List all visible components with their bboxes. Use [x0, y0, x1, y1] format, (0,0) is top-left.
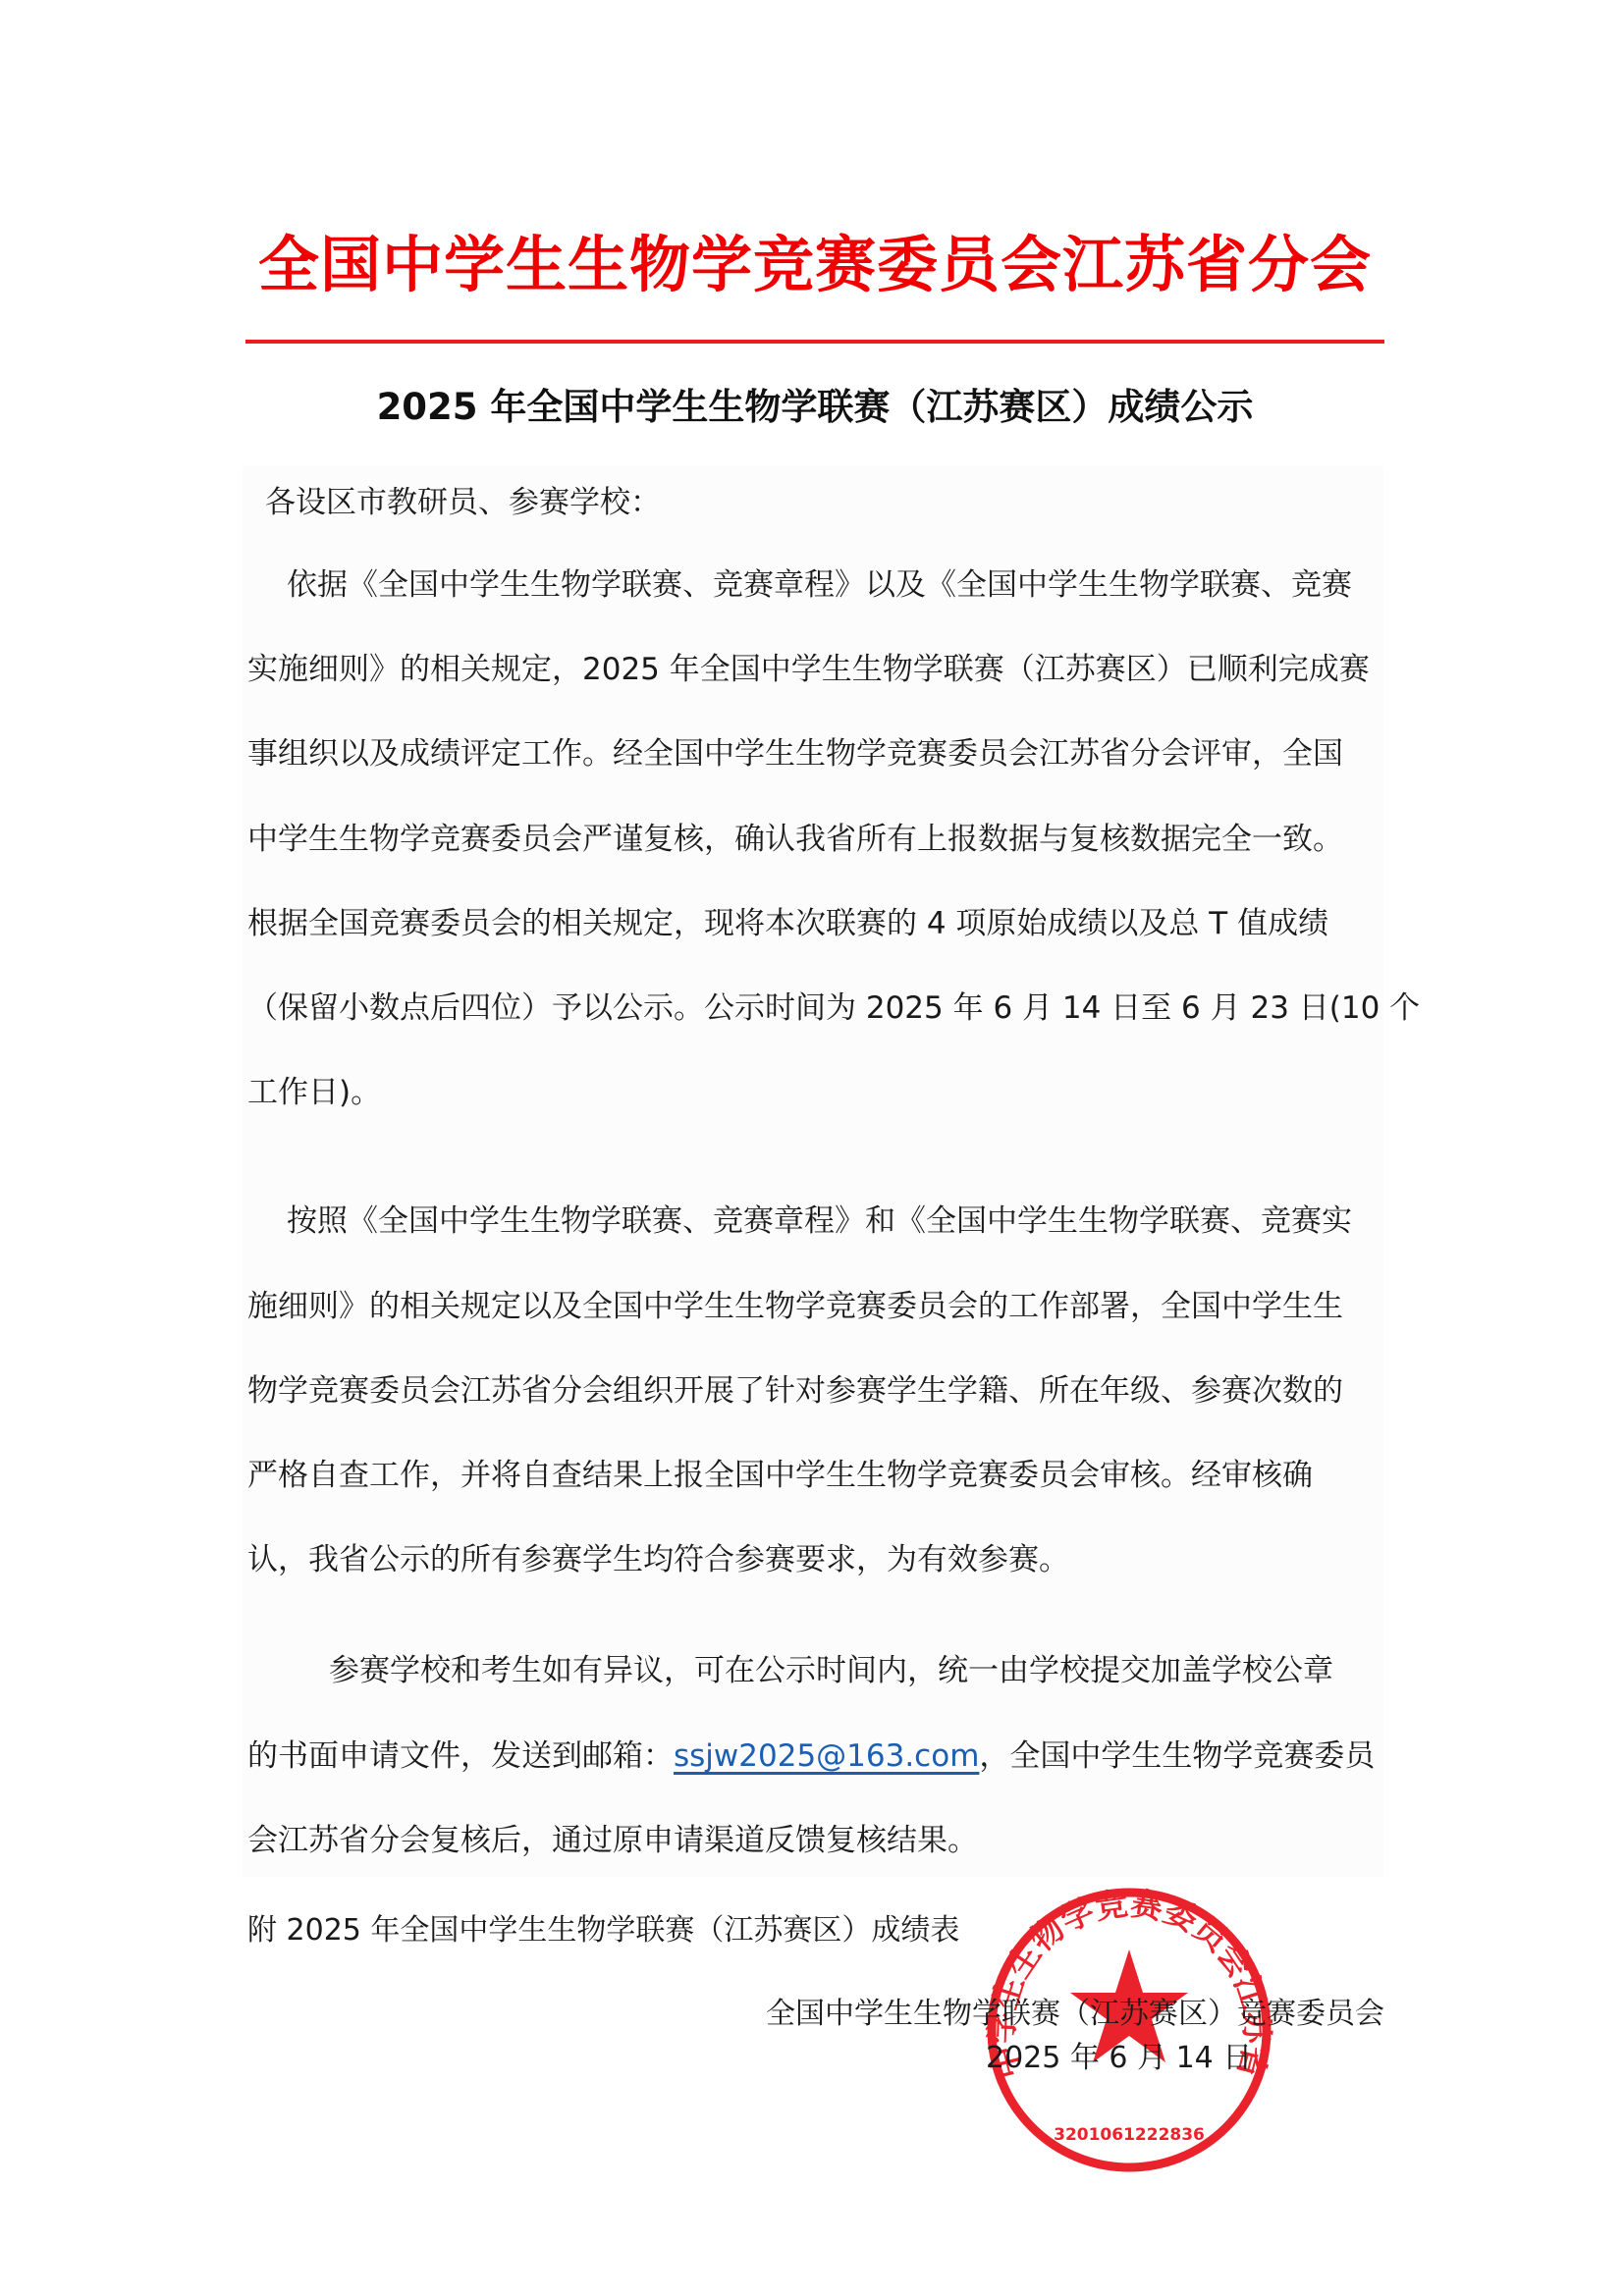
letterhead-divider	[245, 340, 1384, 344]
document-title: 2025 年全国中学生生物学联赛（江苏赛区）成绩公示	[245, 378, 1384, 437]
paragraph1-line: 依据《全国中学生生物学联赛、竞赛章程》以及《全国中学生生物学联赛、竞赛	[287, 563, 1352, 607]
paragraph3-text: 的书面申请文件，发送到邮箱：	[247, 1738, 674, 1774]
paragraph3-line: 的书面申请文件，发送到邮箱：ssjw2025@163.com，全国中学生生物学竞…	[247, 1735, 1375, 1778]
paragraph2-line: 按照《全国中学生生物学联赛、竞赛章程》和《全国中学生生物学联赛、竞赛实	[287, 1200, 1352, 1243]
paragraph2-line: 施细则》的相关规定以及全国中学生生物学竞赛委员会的工作部署，全国中学生生	[247, 1285, 1343, 1328]
signature-date: 2025 年 6 月 14 日	[986, 2037, 1252, 2080]
signature-organization: 全国中学生生物学联赛（江苏赛区）竞赛委员会	[766, 1993, 1384, 2036]
svg-text:3201061222836: 3201061222836	[1054, 2125, 1205, 2145]
attachment-note: 附 2025 年全国中学生生物学联赛（江苏赛区）成绩表	[247, 1909, 959, 1952]
paragraph1-line: 事组织以及成绩评定工作。经全国中学生生物学竞赛委员会江苏省分会评审，全国	[247, 732, 1343, 775]
paragraph1-line: 根据全国竞赛委员会的相关规定，现将本次联赛的 4 项原始成绩以及总 T 值成绩	[247, 902, 1328, 945]
salutation: 各设区市教研员、参赛学校：	[265, 481, 661, 524]
paragraph1-line: （保留小数点后四位）予以公示。公示时间为 2025 年 6 月 14 日至 6 …	[247, 987, 1420, 1030]
document-page: 全国中学生生物学竞赛委员会江苏省分会 2025 年全国中学生生物学联赛（江苏赛区…	[0, 0, 1624, 2296]
email-link[interactable]: ssjw2025@163.com	[674, 1738, 979, 1774]
paragraph3-line: 参赛学校和考生如有异议，可在公示时间内，统一由学校提交加盖学校公章	[329, 1649, 1333, 1692]
paragraph1-line: 工作日)。	[247, 1071, 381, 1114]
paragraph1-line: 实施细则》的相关规定，2025 年全国中学生生物学联赛（江苏赛区）已顺利完成赛	[247, 648, 1370, 691]
paragraph1-line: 中学生生物学竞赛委员会严谨复核，确认我省所有上报数据与复核数据完全一致。	[247, 818, 1343, 861]
org-letterhead-title: 全国中学生生物学竞赛委员会江苏省分会	[245, 221, 1384, 309]
paragraph2-line: 认，我省公示的所有参赛学生均符合参赛要求，为有效参赛。	[247, 1538, 1069, 1581]
paragraph2-line: 严格自查工作，并将自查结果上报全国中学生生物学竞赛委员会审核。经审核确	[247, 1454, 1313, 1497]
paragraph3-text: ，全国中学生生物学竞赛委员	[979, 1738, 1375, 1774]
paragraph3-line: 会江苏省分会复核后，通过原申请渠道反馈复核结果。	[247, 1819, 978, 1862]
paragraph2-line: 物学竞赛委员会江苏省分会组织开展了针对参赛学生学籍、所在年级、参赛次数的	[247, 1369, 1343, 1413]
